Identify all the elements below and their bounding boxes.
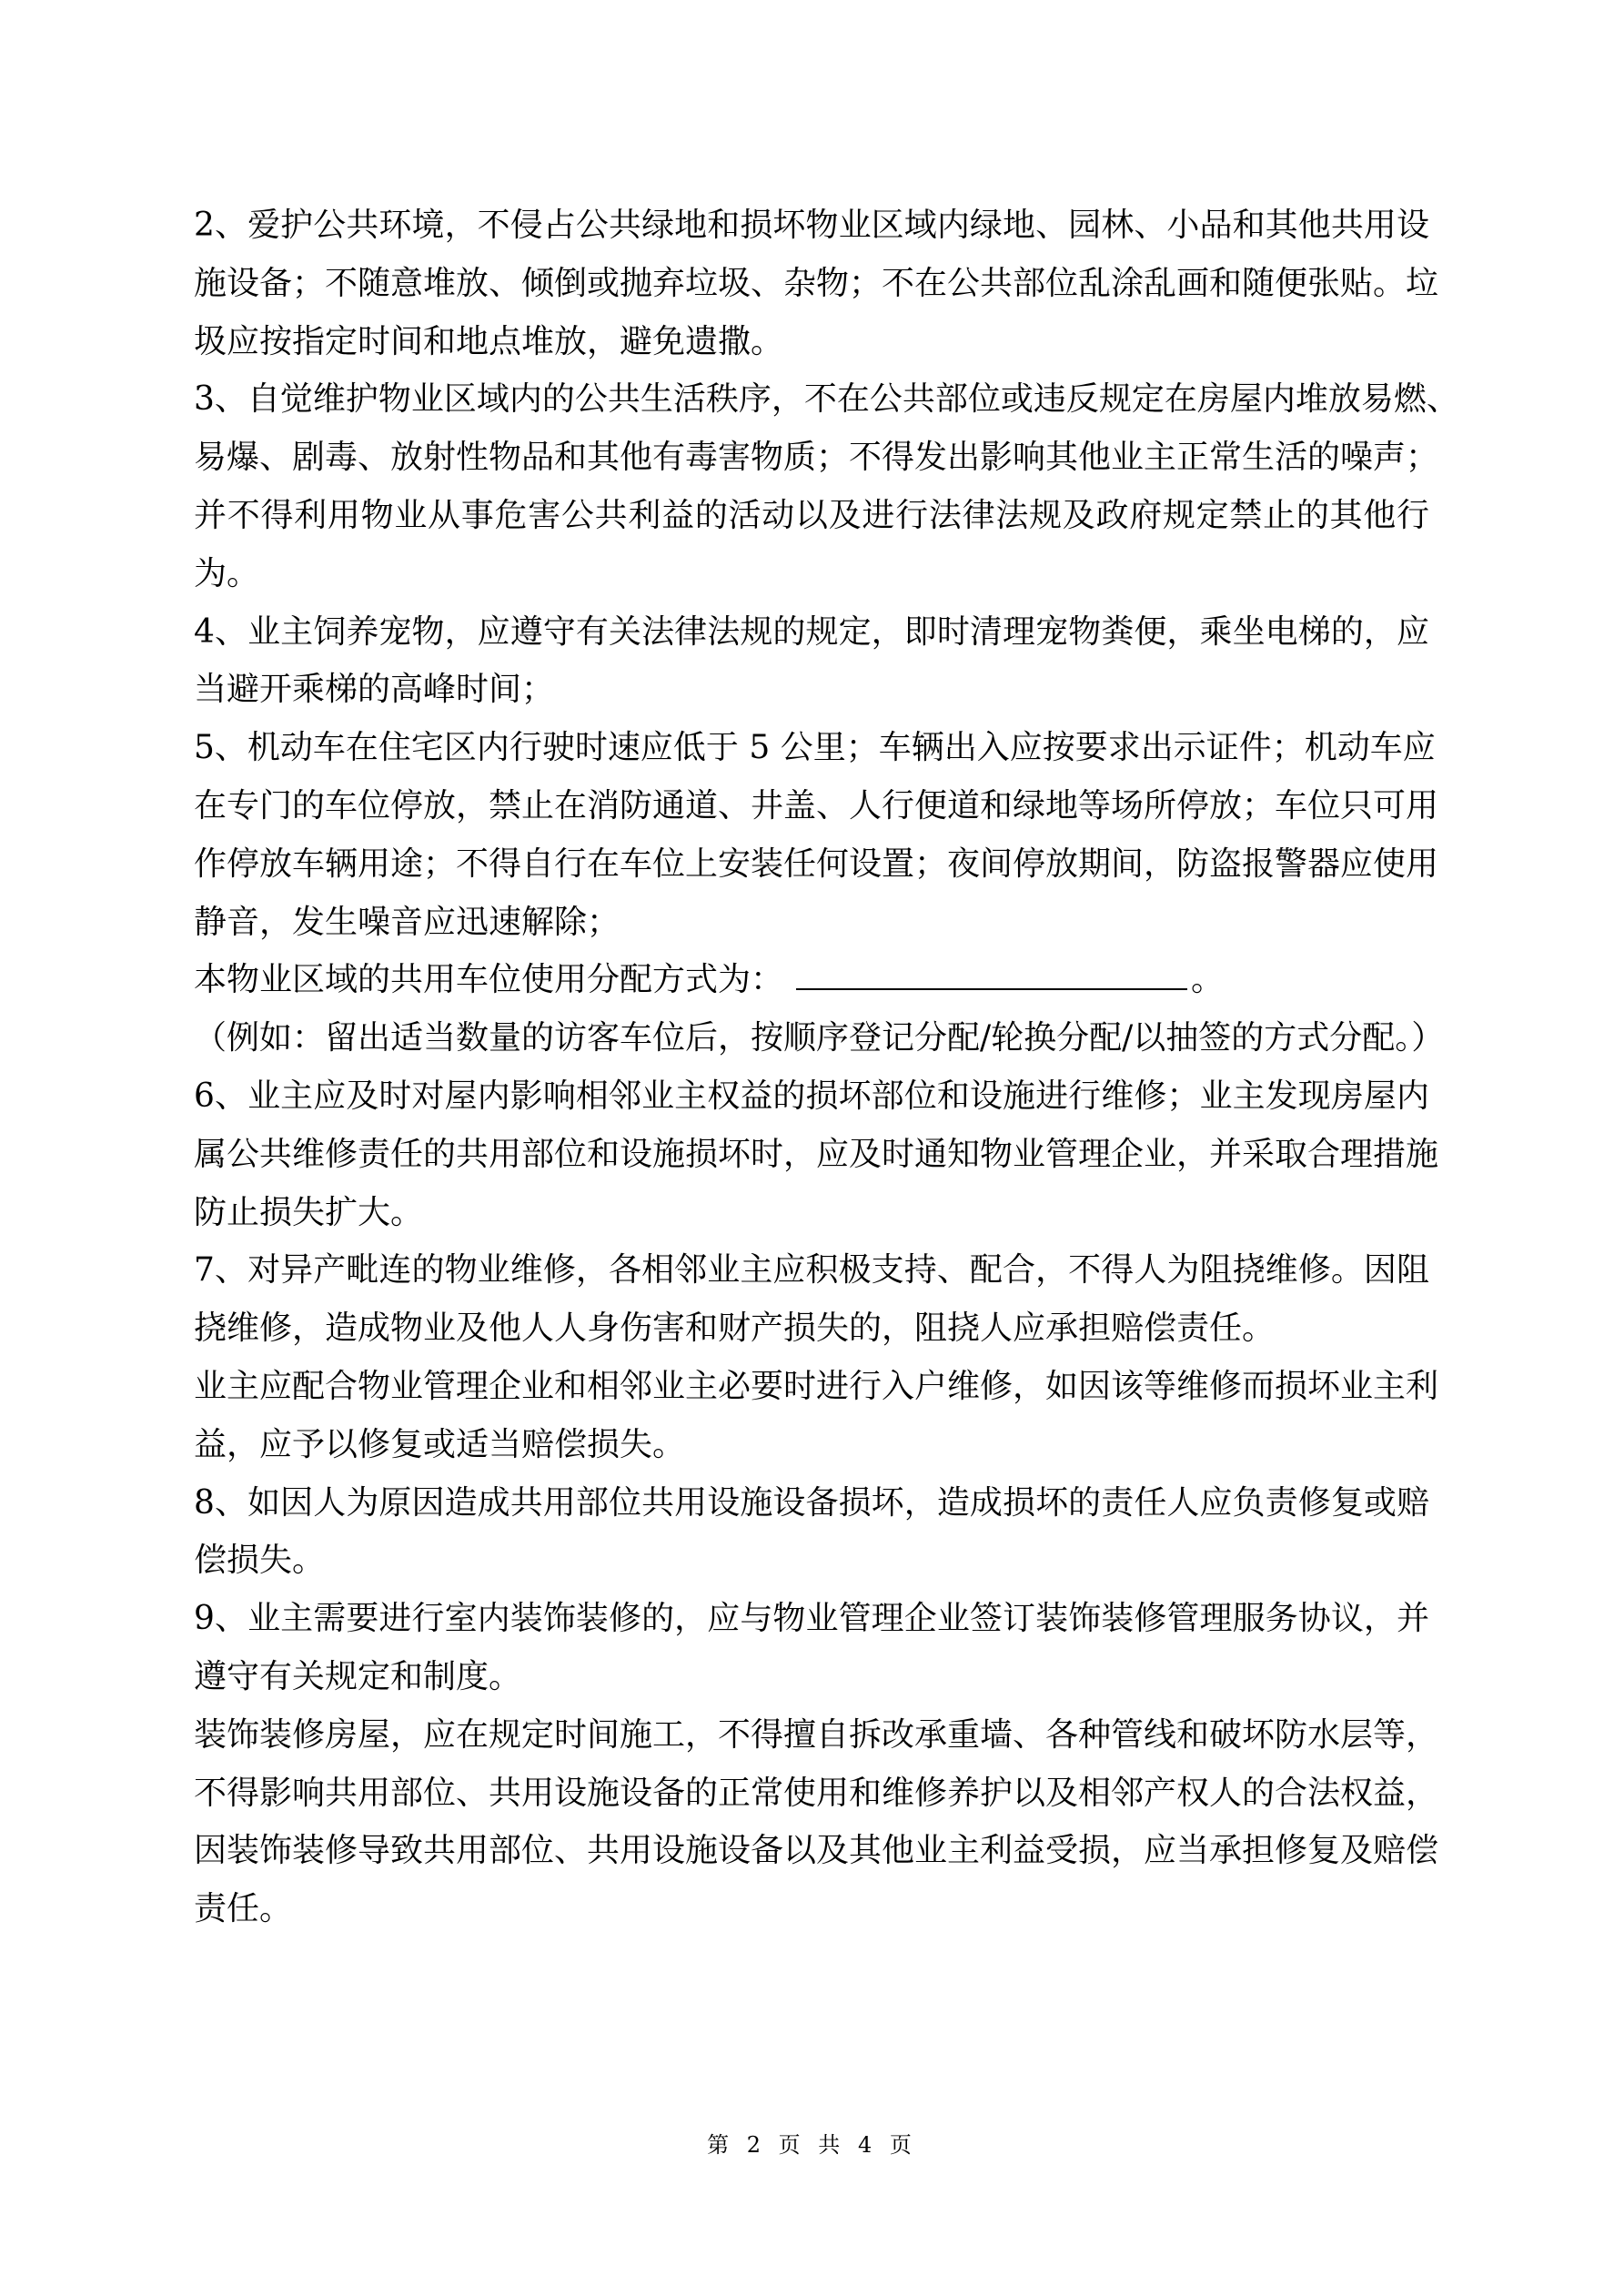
text-line: 偿损失。 [194,1532,1429,1590]
text-line: 并不得利用物业从事危害公共利益的活动以及进行法律法规及政府规定禁止的其他行 [194,487,1429,545]
text-line: 4、业主饲养宠物，应遵守有关法律法规的规定，即时清理宠物粪便，乘坐电梯的，应 [194,603,1429,662]
paragraph-item-9: 9、业主需要进行室内装饰装修的，应与物业管理企业签订装饰装修管理服务协议，并 遵… [194,1590,1429,1706]
text-line: 圾应按指定时间和地点堆放，避免遗撒。 [194,313,1429,371]
text-line: 9、业主需要进行室内装饰装修的，应与物业管理企业签订装饰装修管理服务协议，并 [194,1590,1429,1648]
paragraph-item-6: 6、业主应及时对屋内影响相邻业主权益的损坏部位和设施进行维修；业主发现房屋内 属… [194,1067,1429,1241]
text-line: 2、爱护公共环境，不侵占公共绿地和损坏物业区域内绿地、园林、小品和其他共用设 [194,197,1429,255]
text-line: 属公共维修责任的共用部位和设施损坏时，应及时通知物业管理企业，并采取合理措施 [194,1126,1429,1184]
text-line: 5、机动车在住宅区内行驶时速应低于 5 公里；车辆出入应按要求出示证件；机动车应 [194,719,1429,777]
paragraph-item-2: 2、爱护公共环境，不侵占公共绿地和损坏物业区域内绿地、园林、小品和其他共用设 施… [194,197,1429,370]
text-line: 装饰装修房屋，应在规定时间施工，不得擅自拆改承重墙、各种管线和破坏防水层等， [194,1706,1429,1765]
parking-allocation-blank-field[interactable] [796,961,1187,990]
text-line: 挠维修，造成物业及他人人身伤害和财产损失的，阻挠人应承担赔偿责任。 [194,1300,1429,1358]
text-line: 为。 [194,545,1429,603]
text-line: 防止损失扩大。 [194,1184,1429,1242]
text-line: 静音，发生噪音应迅速解除； [194,894,1429,952]
paragraph-item-8: 8、如因人为原因造成共用部位共用设施设备损坏，造成损坏的责任人应负责修复或赔 偿… [194,1474,1429,1591]
text-line: 3、自觉维护物业区域内的公共生活秩序，不在公共部位或违反规定在房屋内堆放易燃、 [194,370,1429,429]
paragraph-item-7-continuation: 业主应配合物业管理企业和相邻业主必要时进行入户维修，如因该等维修而损坏业主利 益… [194,1358,1429,1474]
paragraph-item-5: 5、机动车在住宅区内行驶时速应低于 5 公里；车辆出入应按要求出示证件；机动车应… [194,719,1429,951]
text-line: （例如：留出适当数量的访客车位后，按顺序登记分配/轮换分配/以抽签的方式分配。） [194,1009,1429,1067]
paragraph-parking-example: （例如：留出适当数量的访客车位后，按顺序登记分配/轮换分配/以抽签的方式分配。） [194,1009,1429,1067]
text-line: 遵守有关规定和制度。 [194,1648,1429,1706]
page-number-footer: 第 2 页 共 4 页 [0,2129,1624,2160]
text-line: 当避开乘梯的高峰时间； [194,661,1429,719]
text-line: 7、对异产毗连的物业维修，各相邻业主应积极支持、配合，不得人为阻挠维修。因阻 [194,1241,1429,1300]
paragraph-item-3: 3、自觉维护物业区域内的公共生活秩序，不在公共部位或违反规定在房屋内堆放易燃、 … [194,370,1429,602]
text-line: 在专门的车位停放，禁止在消防通道、井盖、人行便道和绿地等场所停放；车位只可用 [194,777,1429,835]
paragraph-item-4: 4、业主饲养宠物，应遵守有关法律法规的规定，即时清理宠物粪便，乘坐电梯的，应 当… [194,603,1429,720]
text-line: 施设备；不随意堆放、倾倒或抛弃垃圾、杂物；不在公共部位乱涂乱画和随便张贴。垃 [194,255,1429,313]
text-line: 益，应予以修复或适当赔偿损失。 [194,1416,1429,1474]
document-body: 2、爱护公共环境，不侵占公共绿地和损坏物业区域内绿地、园林、小品和其他共用设 施… [194,197,1429,1938]
parking-allocation-label: 本物业区域的共用车位使用分配方式为： [194,961,783,998]
text-line: 责任。 [194,1880,1429,1938]
parking-allocation-line: 本物业区域的共用车位使用分配方式为：。 [194,951,1429,1009]
text-line: 业主应配合物业管理企业和相邻业主必要时进行入户维修，如因该等维修而损坏业主利 [194,1358,1429,1416]
paragraph-item-7: 7、对异产毗连的物业维修，各相邻业主应积极支持、配合，不得人为阻挠维修。因阻 挠… [194,1241,1429,1358]
text-line: 易爆、剧毒、放射性物品和其他有毒害物质；不得发出影响其他业主正常生活的噪声； [194,429,1429,487]
text-line: 不得影响共用部位、共用设施设备的正常使用和维修养护以及相邻产权人的合法权益， [194,1765,1429,1823]
document-page: 2、爱护公共环境，不侵占公共绿地和损坏物业区域内绿地、园林、小品和其他共用设 施… [0,0,1624,2296]
text-line: 8、如因人为原因造成共用部位共用设施设备损坏，造成损坏的责任人应负责修复或赔 [194,1474,1429,1532]
text-line: 6、业主应及时对屋内影响相邻业主权益的损坏部位和设施进行维修；业主发现房屋内 [194,1067,1429,1126]
text-line: 作停放车辆用途；不得自行在车位上安装任何设置；夜间停放期间，防盗报警器应使用 [194,835,1429,894]
text-line: 因装饰装修导致共用部位、共用设施设备以及其他业主利益受损，应当承担修复及赔偿 [194,1822,1429,1880]
parking-allocation-suffix: 。 [1191,961,1224,998]
paragraph-item-9-continuation: 装饰装修房屋，应在规定时间施工，不得擅自拆改承重墙、各种管线和破坏防水层等， 不… [194,1706,1429,1938]
